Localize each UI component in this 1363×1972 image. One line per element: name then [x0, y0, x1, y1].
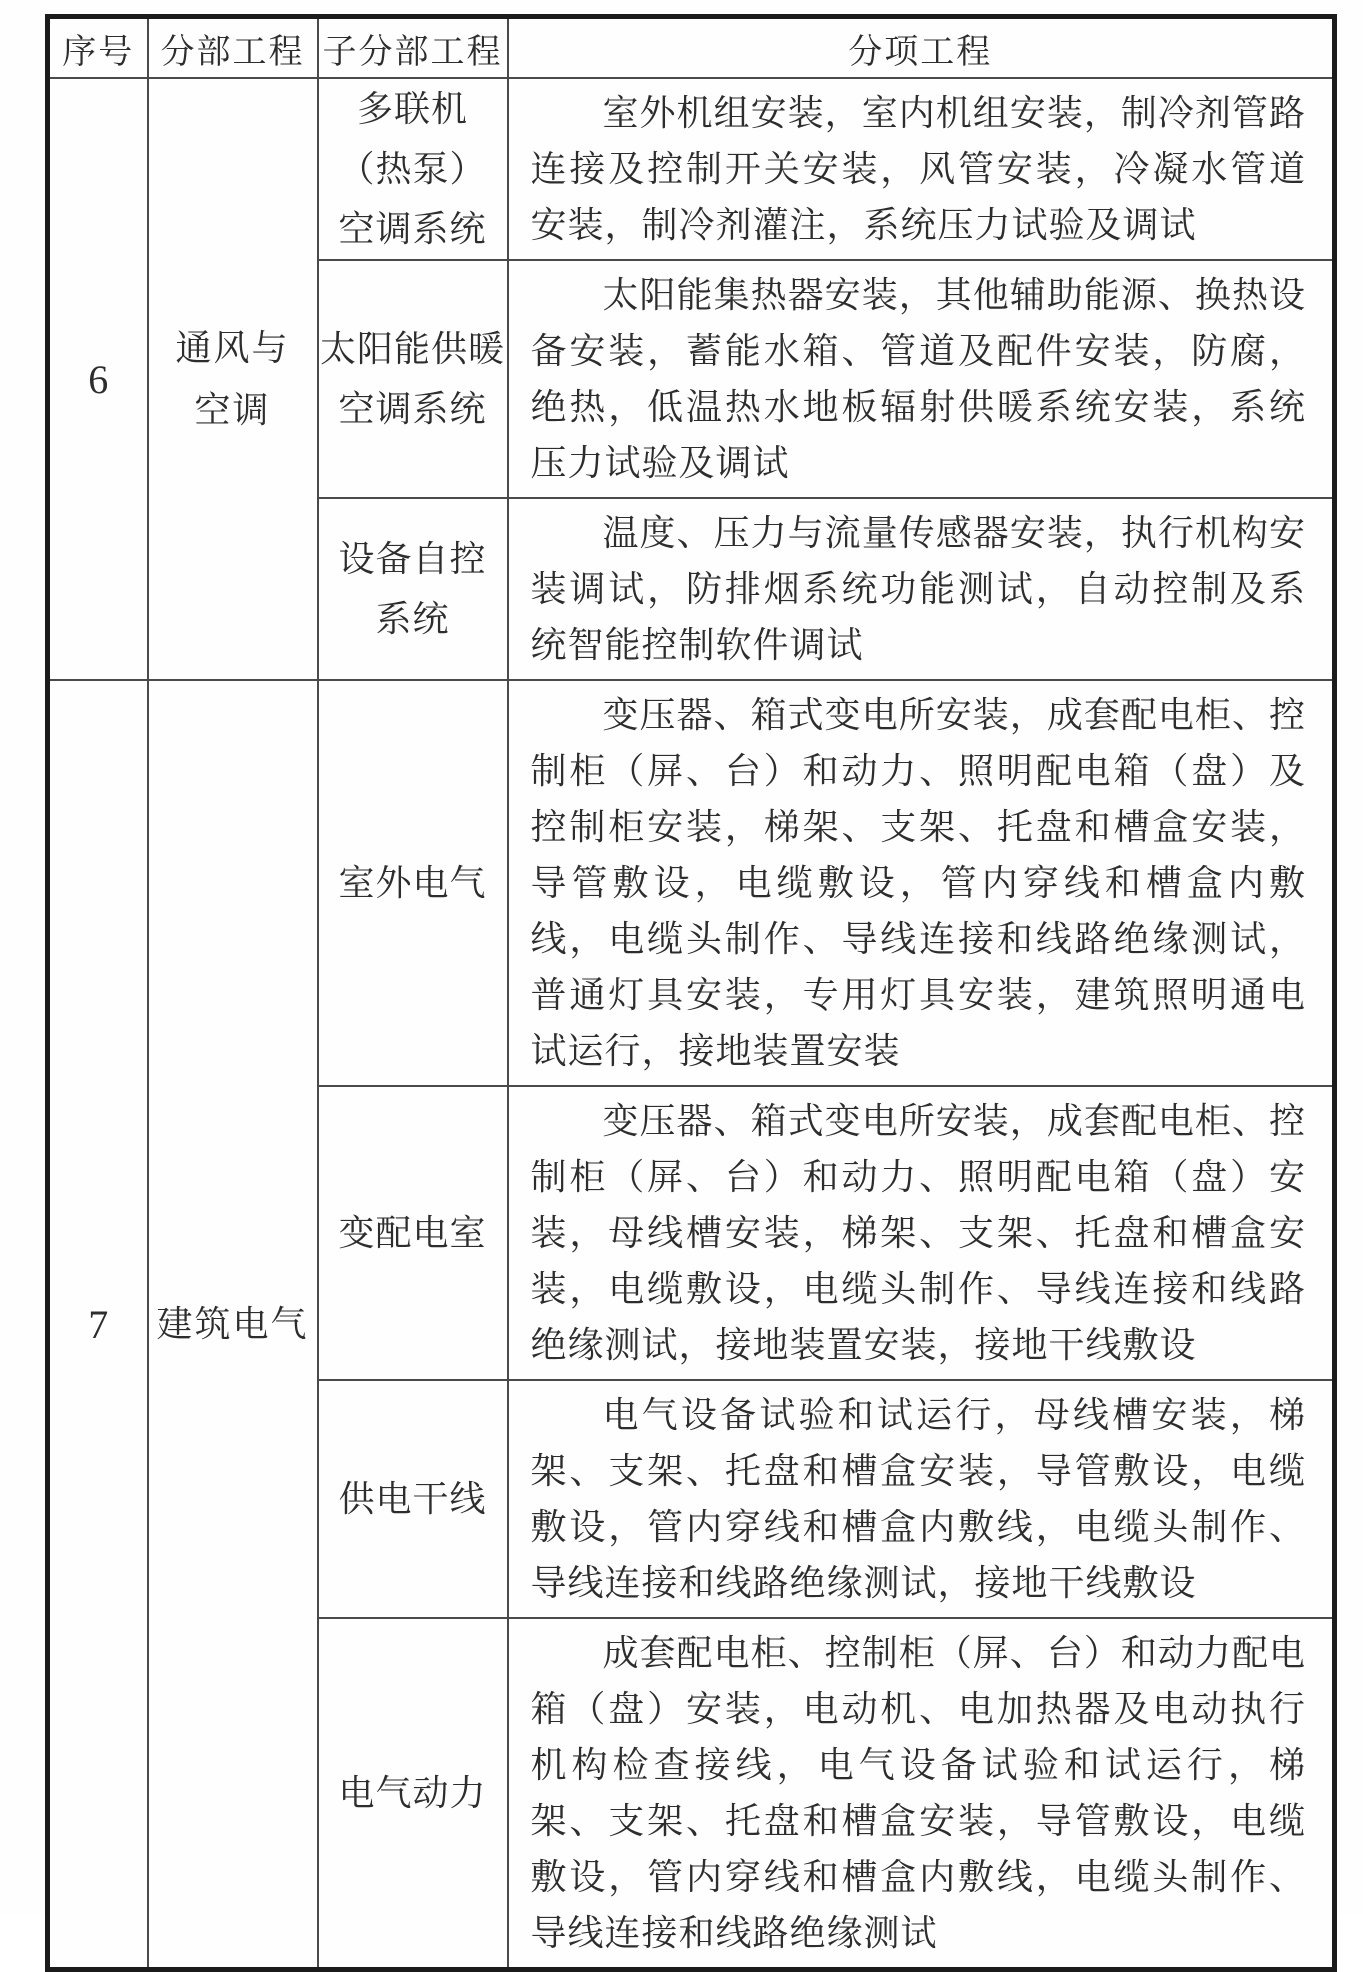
table-row: 6 通风与 空调 多联机 （热泵） 空调系统 室外机组安装，室内机组安装，制冷剂…	[48, 78, 1335, 260]
work-items-cell: 室外机组安装，室内机组安装，制冷剂管路连接及控制开关安装，风管安装，冷凝水管道安…	[508, 78, 1335, 260]
column-header-subdivision: 子分部工程	[318, 17, 508, 79]
sub-division-cell: 设备自控 系统	[318, 498, 508, 680]
document-page: 序号 分部工程 子分部工程 分项工程 6 通风与 空调 多联机 （热泵） 空调系…	[0, 0, 1363, 1915]
work-items-cell: 太阳能集热器安装，其他辅助能源、换热设备安装，蓄能水箱、管道及配件安装，防腐，绝…	[508, 260, 1335, 498]
work-items-cell: 变压器、箱式变电所安装，成套配电柜、控制柜（屏、台）和动力、照明配电箱（盘）安装…	[508, 1086, 1335, 1380]
work-items-cell: 变压器、箱式变电所安装，成套配电柜、控制柜（屏、台）和动力、照明配电箱（盘）及控…	[508, 680, 1335, 1086]
sub-division-cell: 太阳能供暖 空调系统	[318, 260, 508, 498]
work-items-cell: 成套配电柜、控制柜（屏、台）和动力配电箱（盘）安装，电动机、电加热器及电动执行机…	[508, 1618, 1335, 1970]
division-cell: 通风与 空调	[148, 78, 318, 680]
sub-division-cell: 多联机 （热泵） 空调系统	[318, 78, 508, 260]
sub-division-cell: 室外电气	[318, 680, 508, 1086]
sub-division-cell: 变配电室	[318, 1086, 508, 1380]
table-row: 7 建筑电气 室外电气 变压器、箱式变电所安装，成套配电柜、控制柜（屏、台）和动…	[48, 680, 1335, 1086]
work-items-cell: 温度、压力与流量传感器安装，执行机构安装调试，防排烟系统功能测试，自动控制及系统…	[508, 498, 1335, 680]
work-items-text: 变压器、箱式变电所安装，成套配电柜、控制柜（屏、台）和动力、照明配电箱（盘）安装…	[531, 1093, 1307, 1373]
column-header-seq: 序号	[48, 17, 148, 79]
work-items-cell: 电气设备试验和试运行，母线槽安装，梯架、支架、托盘和槽盒安装，导管敷设，电缆敷设…	[508, 1380, 1335, 1618]
column-header-items: 分项工程	[508, 17, 1335, 79]
column-header-division: 分部工程	[148, 17, 318, 79]
sub-division-cell: 电气动力	[318, 1618, 508, 1970]
division-cell: 建筑电气	[148, 680, 318, 1970]
seq-cell: 6	[48, 78, 148, 680]
work-items-text: 太阳能集热器安装，其他辅助能源、换热设备安装，蓄能水箱、管道及配件安装，防腐，绝…	[531, 267, 1307, 491]
work-items-text: 变压器、箱式变电所安装，成套配电柜、控制柜（屏、台）和动力、照明配电箱（盘）及控…	[531, 687, 1307, 1079]
work-items-text: 室外机组安装，室内机组安装，制冷剂管路连接及控制开关安装，风管安装，冷凝水管道安…	[531, 85, 1307, 253]
work-items-text: 电气设备试验和试运行，母线槽安装，梯架、支架、托盘和槽盒安装，导管敷设，电缆敷设…	[531, 1387, 1307, 1611]
work-items-text: 温度、压力与流量传感器安装，执行机构安装调试，防排烟系统功能测试，自动控制及系统…	[531, 505, 1307, 673]
sub-division-cell: 供电干线	[318, 1380, 508, 1618]
seq-cell: 7	[48, 680, 148, 1970]
header-row: 序号 分部工程 子分部工程 分项工程	[48, 17, 1335, 79]
project-division-table: 序号 分部工程 子分部工程 分项工程 6 通风与 空调 多联机 （热泵） 空调系…	[45, 14, 1337, 1972]
work-items-text: 成套配电柜、控制柜（屏、台）和动力配电箱（盘）安装，电动机、电加热器及电动执行机…	[531, 1625, 1307, 1961]
